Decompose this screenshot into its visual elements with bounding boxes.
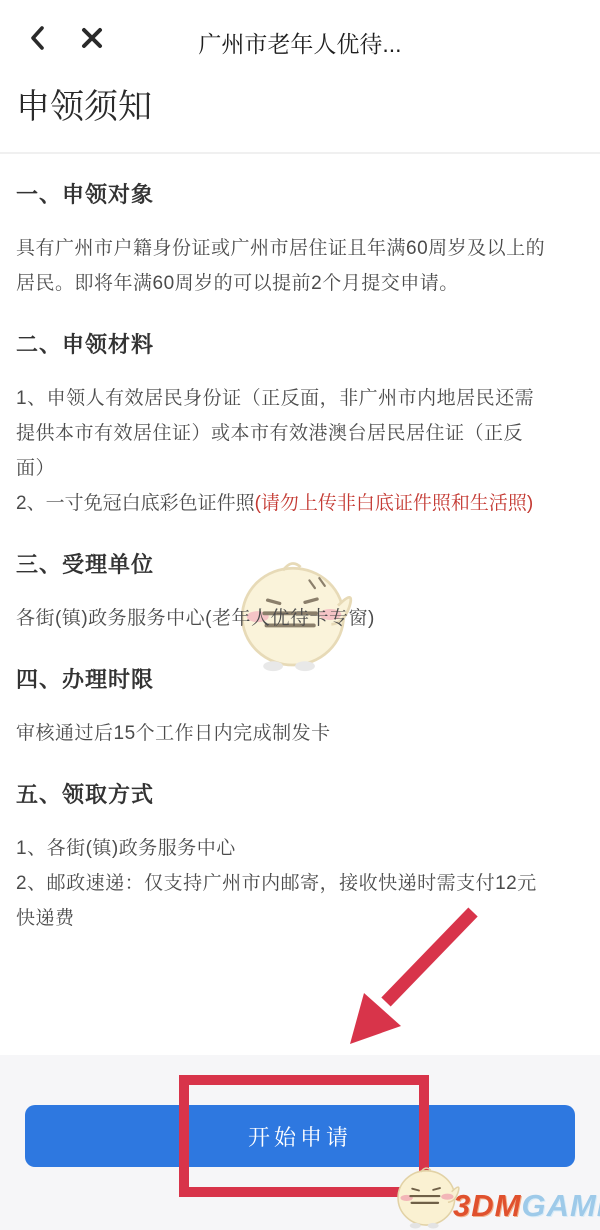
divider — [0, 152, 600, 154]
section-heading: 三、受理单位 — [16, 551, 584, 578]
section-accepting-unit: 三、受理单位 各街(镇)政务服务中心(老年人优待卡专窗) — [16, 551, 584, 636]
photo-requirement-line: 2、一寸免冠白底彩色证件照(请勿上传非白底证件照和生活照) — [16, 486, 584, 521]
section-paragraph: 审核通过后15个工作日内完成制发卡 — [16, 716, 584, 751]
section-heading: 二、申领材料 — [16, 331, 584, 358]
section-processing-time: 四、办理时限 审核通过后15个工作日内完成制发卡 — [16, 666, 584, 751]
logo-game-text: GAME — [521, 1188, 600, 1223]
section-heading: 四、办理时限 — [16, 666, 584, 693]
navbar-title: 广州市老年人优待... — [0, 26, 600, 59]
arrow-annotation-icon — [330, 885, 500, 1060]
section-application-materials: 二、申领材料 1、申领人有效居民身份证（正反面，非广州市内地居民还需 提供本市有… — [16, 331, 584, 521]
app-screen: 广州市老年人优待... 申领须知 一、申领对象 具有广州市户籍身份证或广州市居住… — [0, 0, 600, 936]
section-paragraph: 具有广州市户籍身份证或广州市居住证且年满60周岁及以上的 居民。即将年满60周岁… — [16, 231, 584, 301]
section-paragraph: 各街(镇)政务服务中心(老年人优待卡专窗) — [16, 601, 584, 636]
photo-requirement-text: 2、一寸免冠白底彩色证件照 — [16, 493, 255, 514]
section-paragraph: 1、各街(镇)政务服务中心 — [16, 831, 584, 866]
notice-content: 一、申领对象 具有广州市户籍身份证或广州市居住证且年满60周岁及以上的 居民。即… — [0, 181, 600, 936]
section-heading: 一、申领对象 — [16, 181, 584, 208]
section-heading: 五、领取方式 — [16, 781, 584, 808]
logo-3dm-text: 3DM — [453, 1188, 521, 1223]
page-title: 申领须知 — [0, 74, 600, 128]
section-application-target: 一、申领对象 具有广州市户籍身份证或广州市居住证且年满60周岁及以上的 居民。即… — [16, 181, 584, 301]
section-paragraph: 1、申领人有效居民身份证（正反面，非广州市内地居民还需 提供本市有效居住证）或本… — [16, 381, 584, 486]
navbar: 广州市老年人优待... — [0, 0, 600, 74]
photo-warning-text: (请勿上传非白底证件照和生活照) — [255, 493, 534, 514]
3dmgame-logo: 3DMGAME — [453, 1188, 600, 1224]
